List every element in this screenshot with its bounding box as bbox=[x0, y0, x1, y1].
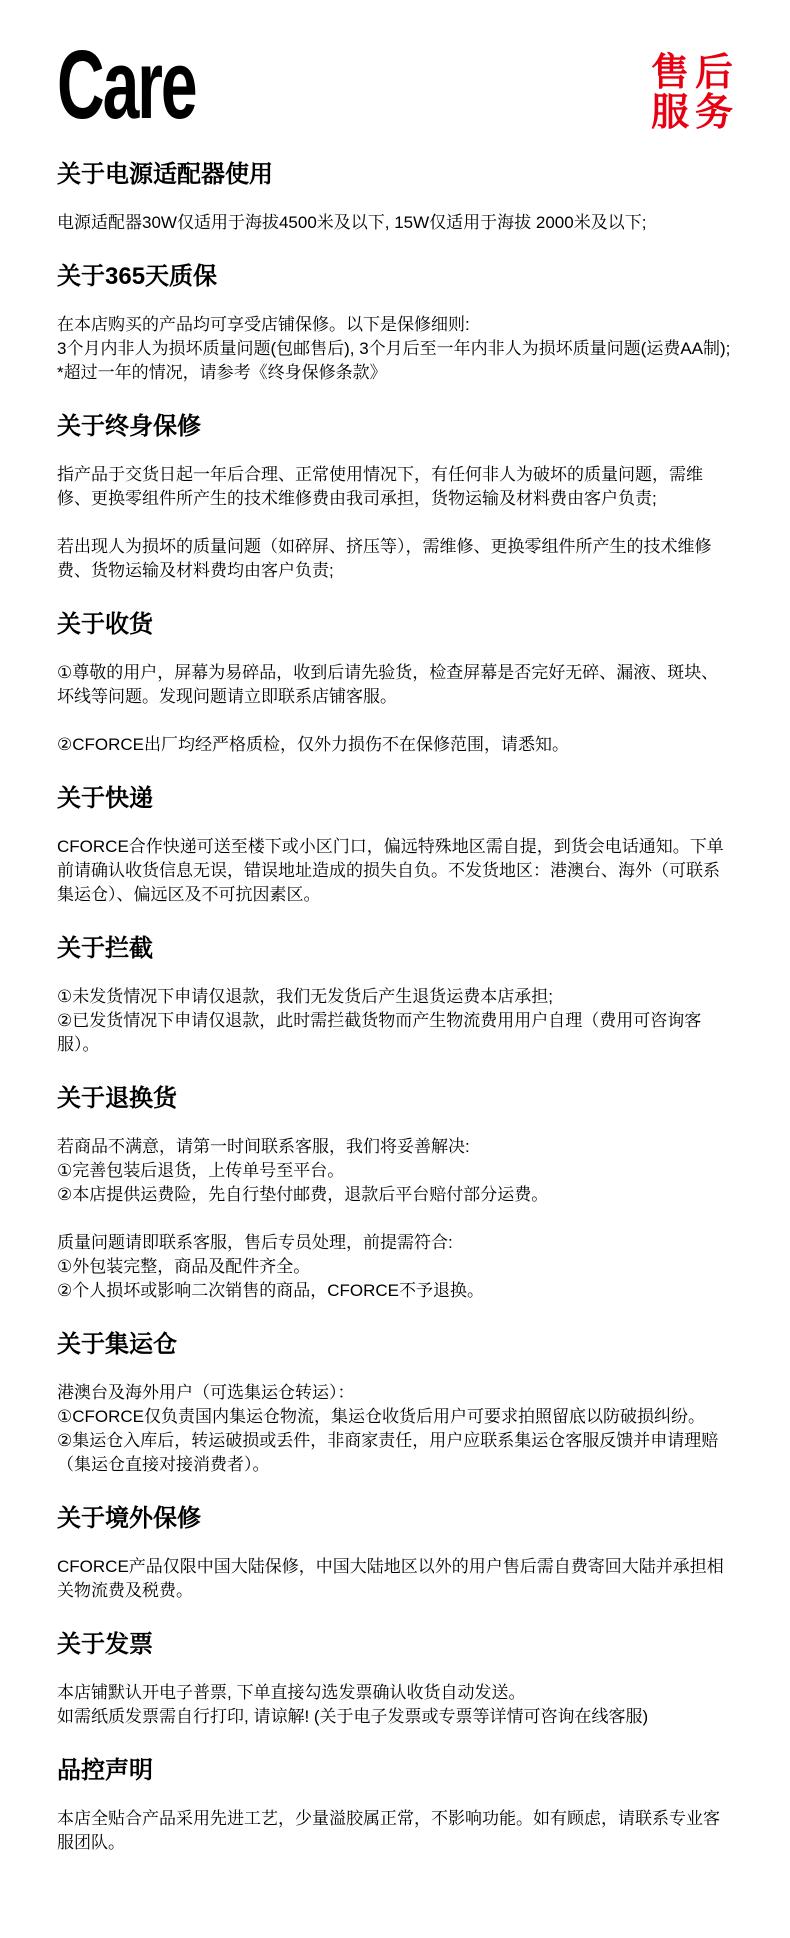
section-title: 关于发票 bbox=[57, 1629, 733, 1661]
section-title: 关于集运仓 bbox=[57, 1329, 733, 1361]
paragraph: 质量问题请即联系客服，售后专员处理，前提需符合:①外包装完整，商品及配件齐全。②… bbox=[57, 1231, 733, 1303]
sections-container: 关于电源适配器使用 电源适配器30W仅适用于海拔4500米及以下, 15W仅适用… bbox=[57, 159, 733, 1855]
policy-section: 关于境外保修 CFORCE产品仅限中国大陆保修，中国大陆地区以外的用户售后需自费… bbox=[57, 1503, 733, 1603]
section-title: 关于电源适配器使用 bbox=[57, 159, 733, 191]
text-line: ①外包装完整，商品及配件齐全。 bbox=[57, 1255, 733, 1279]
text-line: ②个人损坏或影响二次销售的商品，CFORCE不予退换。 bbox=[57, 1279, 733, 1303]
paragraph: CFORCE合作快递可送至楼下或小区门口，偏远特殊地区需自提，到货会电话通知。下… bbox=[57, 835, 733, 907]
paragraph: ①未发货情况下申请仅退款，我们无发货后产生退货运费本店承担;②已发货情况下申请仅… bbox=[57, 985, 733, 1057]
section-body: 港澳台及海外用户（可选集运仓转运）：①CFORCE仅负责国内集运仓物流，集运仓收… bbox=[57, 1381, 733, 1477]
text-line: ②CFORCE出厂均经严格质检，仅外力损伤不在保修范围，请悉知。 bbox=[57, 733, 733, 757]
policy-section: 关于退换货 若商品不满意，请第一时间联系客服，我们将妥善解决:①完善包装后退货，… bbox=[57, 1083, 733, 1303]
text-line: 指产品于交货日起一年后合理、正常使用情况下，有任何非人为破坏的质量问题，需维修、… bbox=[57, 463, 733, 511]
policy-section: 关于集运仓 港澳台及海外用户（可选集运仓转运）：①CFORCE仅负责国内集运仓物… bbox=[57, 1329, 733, 1477]
section-title: 关于365天质保 bbox=[57, 261, 733, 293]
paragraph: 若出现人为损坏的质量问题（如碎屏、挤压等），需维修、更换零组件所产生的技术维修费… bbox=[57, 535, 733, 583]
section-title: 关于境外保修 bbox=[57, 1503, 733, 1535]
policy-section: 关于电源适配器使用 电源适配器30W仅适用于海拔4500米及以下, 15W仅适用… bbox=[57, 159, 733, 235]
text-line: 若出现人为损坏的质量问题（如碎屏、挤压等），需维修、更换零组件所产生的技术维修费… bbox=[57, 535, 733, 583]
section-body: ①未发货情况下申请仅退款，我们无发货后产生退货运费本店承担;②已发货情况下申请仅… bbox=[57, 985, 733, 1057]
section-body: 本店全贴合产品采用先进工艺，少量溢胶属正常，不影响功能。如有顾虑，请联系专业客服… bbox=[57, 1807, 733, 1855]
after-sales-badge: 售后 服务 bbox=[651, 45, 739, 133]
text-line: ②集运仓入库后，转运破损或丢件，非商家责任，用户应联系集运仓客服反馈并申请理赔（… bbox=[57, 1429, 733, 1477]
page-header: Care 售后 服务 bbox=[57, 45, 733, 133]
text-line: 如需纸质发票需自行打印, 请谅解! (关于电子发票或专票等详情可咨询在线客服) bbox=[57, 1705, 733, 1729]
text-line: ①未发货情况下申请仅退款，我们无发货后产生退货运费本店承担; bbox=[57, 985, 733, 1009]
text-line: 3个月内非人为损坏质量问题(包邮售后), 3个月后至一年内非人为损坏质量问题(运… bbox=[57, 337, 733, 361]
text-line: 质量问题请即联系客服，售后专员处理，前提需符合: bbox=[57, 1231, 733, 1255]
section-title: 关于终身保修 bbox=[57, 411, 733, 443]
section-title: 关于拦截 bbox=[57, 933, 733, 965]
section-body: 在本店购买的产品均可享受店铺保修。以下是保修细则:3个月内非人为损坏质量问题(包… bbox=[57, 313, 733, 385]
text-line: 若商品不满意，请第一时间联系客服，我们将妥善解决: bbox=[57, 1135, 733, 1159]
badge-line-2: 服务 bbox=[651, 93, 739, 133]
section-body: 本店铺默认开电子普票, 下单直接勾选发票确认收货自动发送。如需纸质发票需自行打印… bbox=[57, 1681, 733, 1729]
text-line: ①尊敬的用户，屏幕为易碎品，收到后请先验货，检查屏幕是否完好无碎、漏液、斑块、坏… bbox=[57, 661, 733, 709]
text-line: ②本店提供运费险，先自行垫付邮费，退款后平台赔付部分运费。 bbox=[57, 1183, 733, 1207]
section-body: CFORCE产品仅限中国大陆保修，中国大陆地区以外的用户售后需自费寄回大陆并承担… bbox=[57, 1555, 733, 1603]
badge-line-1: 售后 bbox=[651, 53, 739, 93]
paragraph: ①尊敬的用户，屏幕为易碎品，收到后请先验货，检查屏幕是否完好无碎、漏液、斑块、坏… bbox=[57, 661, 733, 709]
text-line: ②已发货情况下申请仅退款，此时需拦截货物而产生物流费用用户自理（费用可咨询客服）… bbox=[57, 1009, 733, 1057]
text-line: ①完善包装后退货，上传单号至平台。 bbox=[57, 1159, 733, 1183]
paragraph: CFORCE产品仅限中国大陆保修，中国大陆地区以外的用户售后需自费寄回大陆并承担… bbox=[57, 1555, 733, 1603]
text-line: 在本店购买的产品均可享受店铺保修。以下是保修细则: bbox=[57, 313, 733, 337]
paragraph: 若商品不满意，请第一时间联系客服，我们将妥善解决:①完善包装后退货，上传单号至平… bbox=[57, 1135, 733, 1207]
policy-section: 关于365天质保 在本店购买的产品均可享受店铺保修。以下是保修细则:3个月内非人… bbox=[57, 261, 733, 385]
policy-section: 关于拦截 ①未发货情况下申请仅退款，我们无发货后产生退货运费本店承担;②已发货情… bbox=[57, 933, 733, 1057]
policy-section: 关于发票 本店铺默认开电子普票, 下单直接勾选发票确认收货自动发送。如需纸质发票… bbox=[57, 1629, 733, 1729]
section-body: 电源适配器30W仅适用于海拔4500米及以下, 15W仅适用于海拔 2000米及… bbox=[57, 211, 733, 235]
policy-section: 关于收货 ①尊敬的用户，屏幕为易碎品，收到后请先验货，检查屏幕是否完好无碎、漏液… bbox=[57, 609, 733, 757]
text-line: CFORCE合作快递可送至楼下或小区门口，偏远特殊地区需自提，到货会电话通知。下… bbox=[57, 835, 733, 907]
text-line: 电源适配器30W仅适用于海拔4500米及以下, 15W仅适用于海拔 2000米及… bbox=[57, 211, 733, 235]
section-body: ①尊敬的用户，屏幕为易碎品，收到后请先验货，检查屏幕是否完好无碎、漏液、斑块、坏… bbox=[57, 661, 733, 757]
paragraph: 指产品于交货日起一年后合理、正常使用情况下，有任何非人为破坏的质量问题，需维修、… bbox=[57, 463, 733, 511]
policy-section: 关于快递 CFORCE合作快递可送至楼下或小区门口，偏远特殊地区需自提，到货会电… bbox=[57, 783, 733, 907]
policy-section: 品控声明 本店全贴合产品采用先进工艺，少量溢胶属正常，不影响功能。如有顾虑，请联… bbox=[57, 1755, 733, 1855]
paragraph: ②CFORCE出厂均经严格质检，仅外力损伤不在保修范围，请悉知。 bbox=[57, 733, 733, 757]
section-title: 关于收货 bbox=[57, 609, 733, 641]
paragraph: 在本店购买的产品均可享受店铺保修。以下是保修细则:3个月内非人为损坏质量问题(包… bbox=[57, 313, 733, 385]
section-body: 若商品不满意，请第一时间联系客服，我们将妥善解决:①完善包装后退货，上传单号至平… bbox=[57, 1135, 733, 1303]
section-body: CFORCE合作快递可送至楼下或小区门口，偏远特殊地区需自提，到货会电话通知。下… bbox=[57, 835, 733, 907]
text-line: CFORCE产品仅限中国大陆保修，中国大陆地区以外的用户售后需自费寄回大陆并承担… bbox=[57, 1555, 733, 1603]
text-line: 本店铺默认开电子普票, 下单直接勾选发票确认收货自动发送。 bbox=[57, 1681, 733, 1705]
paragraph: 本店铺默认开电子普票, 下单直接勾选发票确认收货自动发送。如需纸质发票需自行打印… bbox=[57, 1681, 733, 1729]
section-title: 品控声明 bbox=[57, 1755, 733, 1787]
paragraph: 电源适配器30W仅适用于海拔4500米及以下, 15W仅适用于海拔 2000米及… bbox=[57, 211, 733, 235]
after-sales-care-page: Care 售后 服务 关于电源适配器使用 电源适配器30W仅适用于海拔4500米… bbox=[0, 0, 790, 1938]
section-title: 关于快递 bbox=[57, 783, 733, 815]
text-line: 港澳台及海外用户（可选集运仓转运）： bbox=[57, 1381, 733, 1405]
paragraph: 港澳台及海外用户（可选集运仓转运）：①CFORCE仅负责国内集运仓物流，集运仓收… bbox=[57, 1381, 733, 1477]
care-logo: Care bbox=[57, 45, 196, 123]
text-line: 本店全贴合产品采用先进工艺，少量溢胶属正常，不影响功能。如有顾虑，请联系专业客服… bbox=[57, 1807, 733, 1855]
section-body: 指产品于交货日起一年后合理、正常使用情况下，有任何非人为破坏的质量问题，需维修、… bbox=[57, 463, 733, 583]
text-line: ①CFORCE仅负责国内集运仓物流，集运仓收货后用户可要求拍照留底以防破损纠纷。 bbox=[57, 1405, 733, 1429]
text-line: *超过一年的情况，请参考《终身保修条款》 bbox=[57, 361, 733, 385]
policy-section: 关于终身保修 指产品于交货日起一年后合理、正常使用情况下，有任何非人为破坏的质量… bbox=[57, 411, 733, 583]
section-title: 关于退换货 bbox=[57, 1083, 733, 1115]
paragraph: 本店全贴合产品采用先进工艺，少量溢胶属正常，不影响功能。如有顾虑，请联系专业客服… bbox=[57, 1807, 733, 1855]
